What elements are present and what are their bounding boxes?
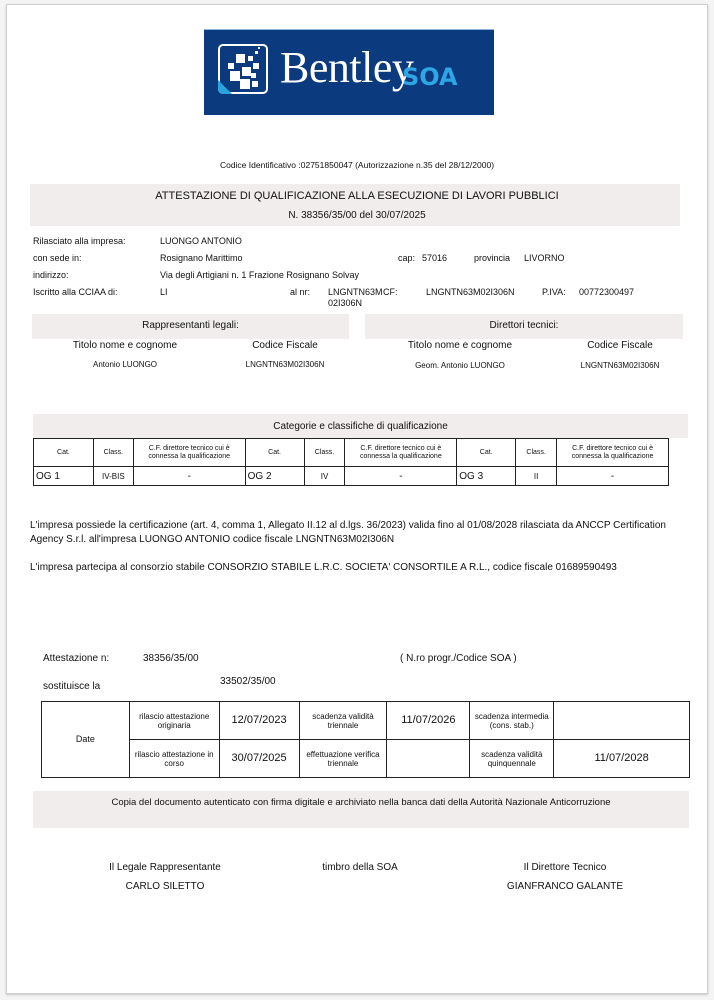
header-cf: C.F. direttore tecnico cui è connessa la… <box>133 439 245 467</box>
table-row: OG 1 IV-BIS - OG 2 IV - OG 3 II - <box>34 467 669 486</box>
cf-value: LNGNTN63M02I306N <box>426 287 515 297</box>
bentley-soa-logo: Bentley SOA <box>204 29 494 115</box>
rilascio-corso-label: rilascio attestazione in corso <box>129 740 219 778</box>
header-cf: C.F. direttore tecnico cui è connessa la… <box>345 439 457 467</box>
header-cf: C.F. direttore tecnico cui è connessa la… <box>557 439 669 467</box>
logo-name: Bentley <box>280 42 413 93</box>
replaces-label: sostituisce la <box>43 681 100 692</box>
sede-label: con sede in: <box>33 253 82 263</box>
soa-stamp-label: timbro della SOA <box>290 862 430 873</box>
nr-value-line2: 02I306N <box>328 298 362 308</box>
logo-suffix: SOA <box>402 63 458 91</box>
cell-cat: OG 3 <box>457 467 516 486</box>
consortium-note: L'impresa partecipa al consorzio stabile… <box>30 561 690 575</box>
cap-value: 57016 <box>422 253 447 263</box>
scadenza-quinquennale-value: 11/07/2028 <box>554 740 690 778</box>
rilascio-corso-value: 30/07/2025 <box>219 740 299 778</box>
dates-row-2: rilascio attestazione in corso 30/07/202… <box>42 740 690 778</box>
cell-cat: OG 1 <box>34 467 94 486</box>
scadenza-triennale-label: scadenza validità triennale <box>299 702 387 740</box>
cell-cf: - <box>133 467 245 486</box>
document-page <box>6 4 708 994</box>
legal-rep-signature-label: Il Legale Rappresentante <box>80 862 250 873</box>
scadenza-intermedia-value <box>554 702 690 740</box>
header-cat: Cat. <box>245 439 304 467</box>
piva-value: 00772300497 <box>579 287 634 297</box>
indirizzo-label: indirizzo: <box>33 270 69 280</box>
sede-value: Rosignano Marittimo <box>160 253 243 263</box>
header-class: Class. <box>516 439 557 467</box>
cell-class: IV-BIS <box>93 467 133 486</box>
tech-dir-name: Geom. Antonio LUONGO <box>375 361 545 370</box>
scadenza-triennale-value: 11/07/2026 <box>387 702 470 740</box>
nr-value: LNGNTN63M <box>328 287 383 297</box>
verifica-triennale-value <box>387 740 470 778</box>
document-subtitle: N. 38356/35/00 del 30/07/2025 <box>0 210 714 221</box>
categories-table: Cat. Class. C.F. direttore tecnico cui è… <box>33 438 669 486</box>
legal-rep-name: Antonio LUONGO <box>40 360 210 369</box>
cell-cf: - <box>557 467 669 486</box>
cciaa-label: Iscritto alla CCIAA di: <box>33 287 118 297</box>
attestation-progr-label: ( N.ro progr./Codice SOA ) <box>400 653 517 664</box>
tech-dir-cf: LNGNTN63M02I306N <box>545 361 695 370</box>
provincia-label: provincia <box>474 253 510 263</box>
cell-cf: - <box>345 467 457 486</box>
scadenza-intermedia-label: scadenza intermedia (cons. stab.) <box>470 702 554 740</box>
categories-title: Categorie e classifiche di qualificazion… <box>33 421 688 432</box>
codice-identificativo: Codice Identificativo :02751850047 (Auto… <box>0 160 714 170</box>
pixel-document-icon <box>218 44 268 94</box>
rilasciato-label: Rilasciato alla impresa: <box>33 236 126 246</box>
indirizzo-value: Via degli Artigiani n. 1 Frazione Rosign… <box>160 270 359 280</box>
dates-label: Date <box>42 702 130 778</box>
verifica-triennale-label: effettuazione verifica triennale <box>299 740 387 778</box>
cell-cat: OG 2 <box>245 467 304 486</box>
scadenza-quinquennale-label: scadenza validità quinquennale <box>470 740 554 778</box>
dates-table: Date rilascio attestazione originaria 12… <box>41 701 690 778</box>
attestation-number-value: 38356/35/00 <box>143 653 199 664</box>
provincia-value: LIVORNO <box>524 253 565 263</box>
rilascio-originaria-value: 12/07/2023 <box>219 702 299 740</box>
dates-row-1: Date rilascio attestazione originaria 12… <box>42 702 690 740</box>
legal-rep-signature-name: CARLO SILETTO <box>80 881 250 892</box>
header-class: Class. <box>93 439 133 467</box>
categories-header-row: Cat. Class. C.F. direttore tecnico cui è… <box>34 439 669 467</box>
legal-reps-col-name: Titolo nome e cognome <box>40 340 210 351</box>
certification-note: L'impresa possiede la certificazione (ar… <box>30 519 690 547</box>
cciaa-value: LI <box>160 287 168 297</box>
rilasciato-value: LUONGO ANTONIO <box>160 236 242 246</box>
tech-dirs-title: Direttori tecnici: <box>365 320 683 331</box>
nr-label: al nr: <box>290 287 310 297</box>
tech-dir-signature-name: GIANFRANCO GALANTE <box>480 881 650 892</box>
copy-note: Copia del documento autenticato con firm… <box>33 797 689 808</box>
header-class: Class. <box>304 439 345 467</box>
replaces-value: 33502/35/00 <box>220 676 276 687</box>
header-cat: Cat. <box>34 439 94 467</box>
legal-reps-col-cf: Codice Fiscale <box>210 340 360 351</box>
tech-dir-signature-label: Il Direttore Tecnico <box>480 862 650 873</box>
header-cat: Cat. <box>457 439 516 467</box>
tech-dirs-col-cf: Codice Fiscale <box>545 340 695 351</box>
tech-dirs-col-name: Titolo nome e cognome <box>375 340 545 351</box>
cf-label: CF: <box>383 287 398 297</box>
legal-reps-title: Rappresentanti legali: <box>32 320 349 331</box>
rilascio-originaria-label: rilascio attestazione originaria <box>129 702 219 740</box>
cell-class: IV <box>304 467 345 486</box>
attestation-number-label: Attestazione n: <box>43 653 109 664</box>
cap-label: cap: <box>398 253 415 263</box>
cell-class: II <box>516 467 557 486</box>
piva-label: P.IVA: <box>542 287 566 297</box>
legal-rep-cf: LNGNTN63M02I306N <box>210 360 360 369</box>
document-title: ATTESTAZIONE DI QUALIFICAZIONE ALLA ESEC… <box>0 190 714 202</box>
